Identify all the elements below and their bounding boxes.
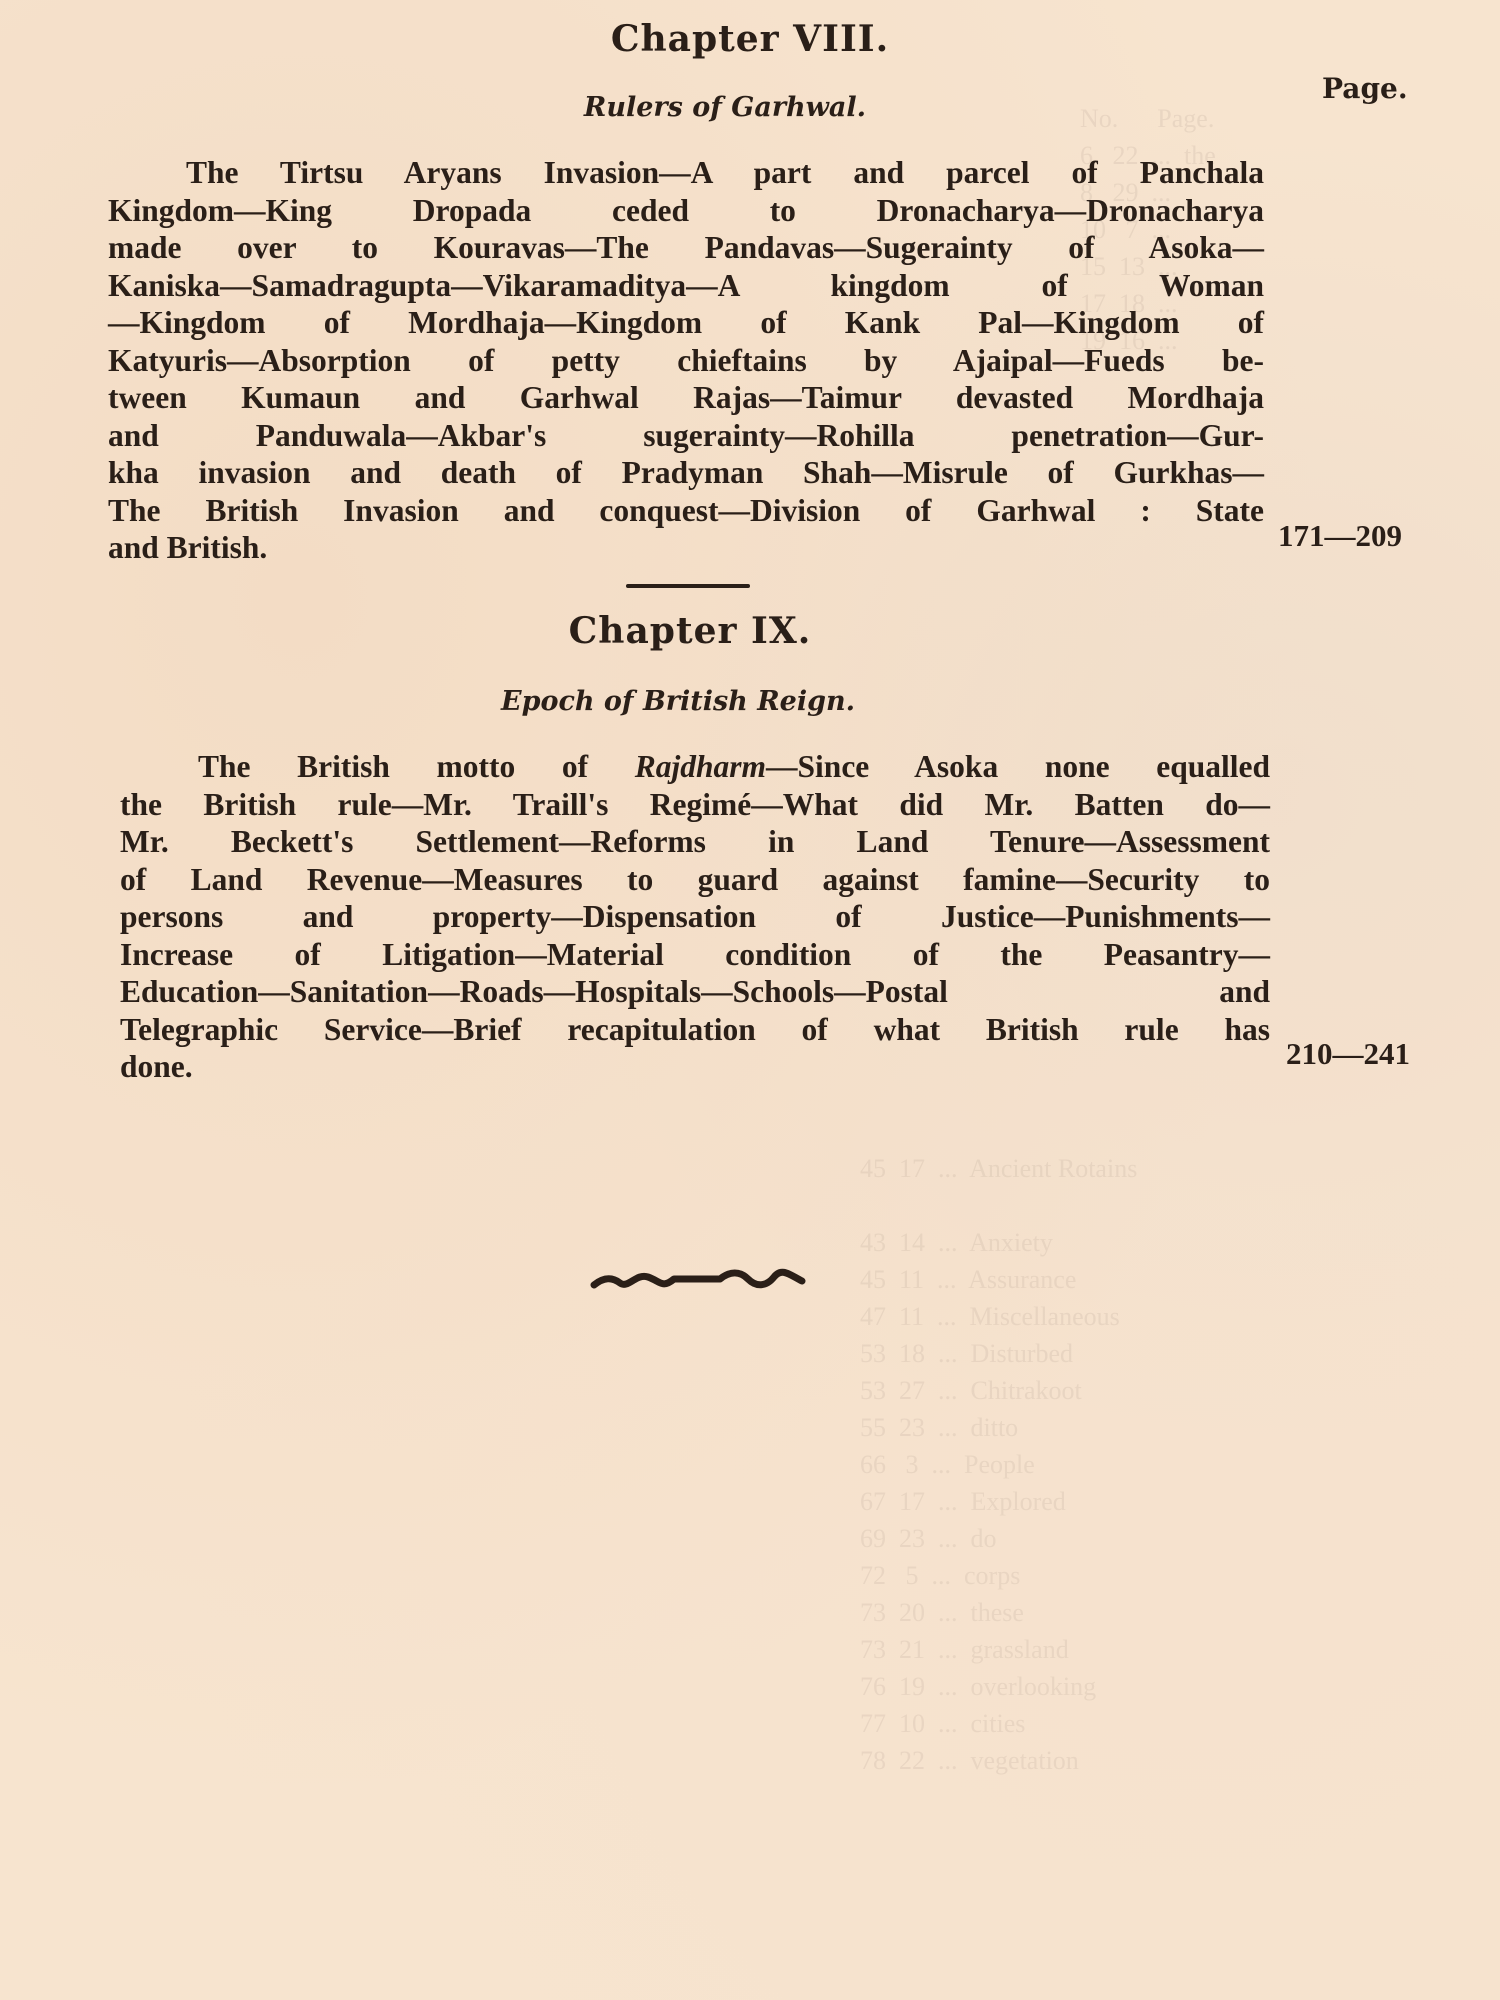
page-range: 210—241 <box>1286 1036 1410 1072</box>
synopsis-line: made over to Kouravas—The Pandavas—Suger… <box>108 229 1264 267</box>
synopsis-line: persons and property—Dispensation of Jus… <box>120 898 1270 936</box>
italic-term: Rajdharm <box>635 749 766 784</box>
synopsis-line: tween Kumaun and Garhwal Rajas—Taimur de… <box>108 379 1264 417</box>
synopsis-line: Telegraphic Service—Brief recapitulation… <box>120 1011 1270 1049</box>
synopsis-line: Kingdom—King Dropada ceded to Dronachary… <box>108 192 1264 230</box>
synopsis-line: kha invasion and death of Pradyman Shah—… <box>108 454 1264 492</box>
synopsis-line: done. <box>120 1048 1270 1086</box>
synopsis-line-rest: —Since Asoka none equalled <box>766 749 1270 784</box>
chapter-synopsis: The Tirtsu Aryans Invasion—A part and pa… <box>108 154 1264 567</box>
synopsis-line: Increase of Litigation—Material conditio… <box>120 936 1270 974</box>
squiggle-ornament-icon <box>590 1265 810 1295</box>
chapter-title: Chapter VIII. <box>0 18 1500 60</box>
synopsis-line: The Tirtsu Aryans Invasion—A part and pa… <box>108 154 1264 192</box>
bleed-through-text-lower: 45 17 ... Ancient Rotains 43 14 ... Anxi… <box>860 1150 1137 1779</box>
chapter-synopsis: The British motto of Rajdharm—Since Asok… <box>120 748 1270 1086</box>
chapter-title: Chapter IX. <box>0 610 1440 652</box>
synopsis-line: Mr. Beckett's Settlement—Reforms in Land… <box>120 823 1270 861</box>
synopsis-line: Katyuris—Absorption of petty chieftains … <box>108 342 1264 380</box>
synopsis-line: —Kingdom of Mordhaja—Kingdom of Kank Pal… <box>108 304 1264 342</box>
synopsis-line: Education—Sanitation—Roads—Hospitals—Sch… <box>120 973 1270 1011</box>
synopsis-line-prefix: The British motto of <box>198 749 635 784</box>
synopsis-line: and Panduwala—Akbar's sugerainty—Rohilla… <box>108 417 1264 455</box>
synopsis-line: The British Invasion and conquest—Divisi… <box>108 492 1264 530</box>
page-range: 171—209 <box>1278 518 1402 554</box>
chapter-subtitle: Epoch of British Reign. <box>0 686 1428 717</box>
synopsis-line: Kaniska—Samadragupta—Vikaramaditya—A kin… <box>108 267 1264 305</box>
synopsis-line: the British rule—Mr. Traill's Regimé—Wha… <box>120 786 1270 824</box>
chapter-subtitle: Rulers of Garhwal. <box>0 92 1475 123</box>
synopsis-line: The British motto of Rajdharm—Since Asok… <box>120 748 1270 786</box>
section-divider-rule <box>626 584 750 588</box>
synopsis-line: and British. <box>108 529 1264 567</box>
synopsis-line: of Land Revenue—Measures to guard agains… <box>120 861 1270 899</box>
